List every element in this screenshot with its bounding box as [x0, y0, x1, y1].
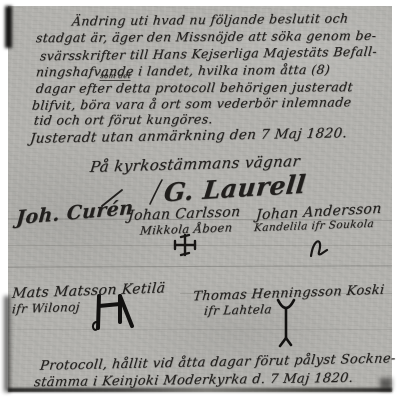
signature-flourish-stroke	[148, 178, 164, 206]
body-line: stadgat är, äger den Missnöjde att söka …	[35, 28, 377, 45]
body-line: tid och ort förut kungöres.	[33, 111, 213, 127]
body-line: blifvit, böra vara å ort som vederbör in…	[31, 94, 352, 112]
body-line: Ändring uti hvad nu följande beslutit oc…	[71, 11, 349, 29]
attestation-line: Justeradt utan anmärkning den 7 Maj 1820…	[29, 125, 348, 147]
body-line: ningshafvande i landet, hvilka inom åtta…	[35, 62, 331, 80]
signature-origin: ifr Wilonoj	[11, 300, 80, 316]
signature-flourish-stroke	[100, 188, 124, 208]
cross-bomark-icon	[172, 233, 198, 257]
scanned-protocol-page: Ändring uti hvad nu följande beslutit oc…	[0, 0, 400, 400]
presiding-signature: G. Laurell	[162, 170, 307, 208]
body-line: svärsskrifter till Hans Kejserliga Majes…	[39, 44, 377, 64]
fold-line	[8, 329, 392, 330]
scan-edge-smudge-bottom-right	[380, 378, 392, 390]
paper-background: Ändring uti hvad nu följande beslutit oc…	[8, 6, 392, 392]
signature-origin: ifr Lahtela	[203, 302, 272, 318]
scan-edge-smudge-left-lower	[4, 296, 10, 392]
y-bomark-icon	[272, 298, 300, 348]
fold-line	[8, 265, 392, 267]
h-bomark-icon	[92, 290, 136, 332]
loop-bomark-icon	[308, 236, 330, 260]
fold-line	[8, 245, 392, 246]
body-line: dagar efter detta protocoll behörigen ju…	[35, 79, 354, 96]
scan-edge-smudge-top-left	[5, 6, 12, 48]
signature-name: Mats Matsson Ketilä	[11, 280, 166, 301]
